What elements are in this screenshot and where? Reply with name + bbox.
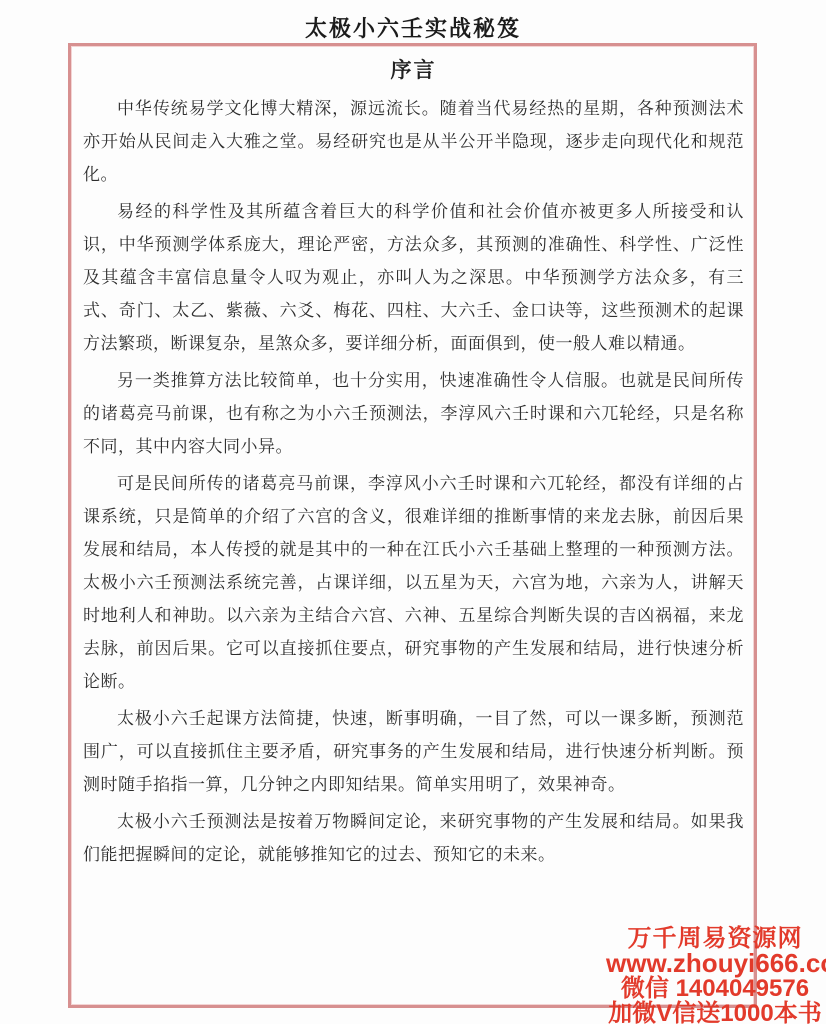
content-border-box: 序言 中华传统易学文化博大精深，源远流长。随着当代易经热的星期，各种预测法术亦开… (68, 43, 757, 1008)
watermark-promo-text: 加微V信送1000本书 (606, 1001, 824, 1024)
preface-paragraph-4: 可是民间所传的诸葛亮马前课，李淳风小六壬时课和六兀轮经，都没有详细的占课系统，只… (83, 467, 744, 698)
document-title: 太极小六壬实战秘笈 (0, 12, 826, 43)
watermark-url: www.zhouyi666.com (606, 951, 824, 976)
section-heading: 序言 (83, 54, 744, 84)
watermark: 万千周易资源网 www.zhouyi666.com 微信 1404049576 … (606, 926, 824, 1024)
preface-paragraph-6: 太极小六壬预测法是按着万物瞬间定论，来研究事物的产生发展和结局。如果我们能把握瞬… (83, 805, 744, 871)
preface-paragraph-1: 中华传统易学文化博大精深，源远流长。随着当代易经热的星期，各种预测法术亦开始从民… (83, 92, 744, 191)
document-page: 太极小六壬实战秘笈 序言 中华传统易学文化博大精深，源远流长。随着当代易经热的星… (0, 0, 826, 1024)
preface-paragraph-3: 另一类推算方法比较简单，也十分实用，快速准确性令人信服。也就是民间所传的诸葛亮马… (83, 364, 744, 463)
watermark-wechat-number: 微信 1404049576 (606, 976, 824, 1001)
preface-paragraph-2: 易经的科学性及其所蕴含着巨大的科学价值和社会价值亦被更多人所接受和认识，中华预测… (83, 195, 744, 360)
preface-paragraph-5: 太极小六壬起课方法简捷，快速，断事明确，一目了然，可以一课多断，预测范围广，可以… (83, 702, 744, 801)
